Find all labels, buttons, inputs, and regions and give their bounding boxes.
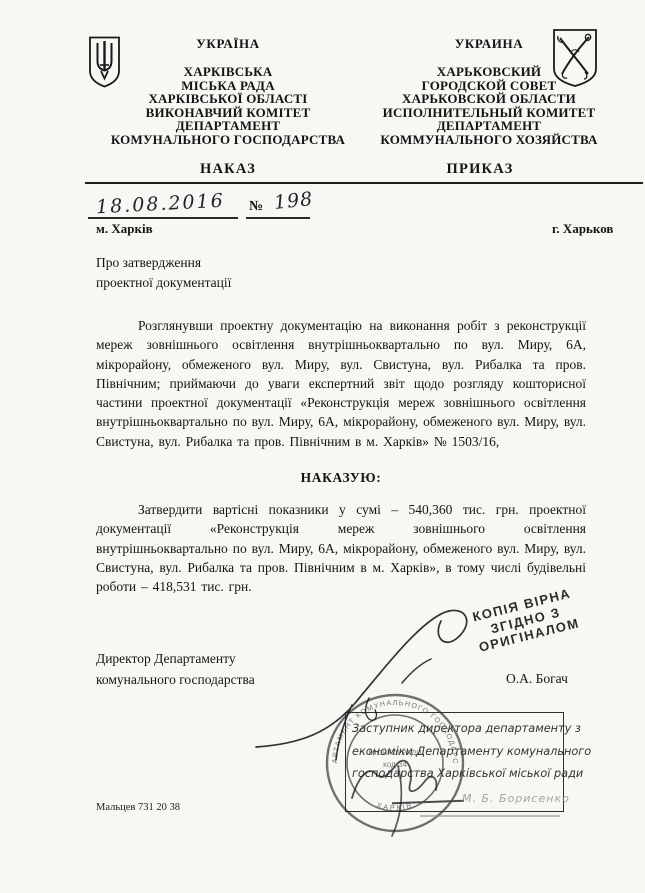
deputy-stamp-line-3: господарства Харківської міської ради [352, 763, 557, 786]
deputy-stamp-line-2: економіки Департаменту комунального [352, 741, 557, 764]
header-right-column: УКРАИНА ХАРЬКОВСКИЙ ГОРОДСКОЙ СОВЕТ ХАРЬ… [370, 36, 608, 147]
header-rule [85, 182, 643, 184]
subject-block: Про затвердження проектної документації [96, 253, 231, 293]
deputy-signer-name: М. Б. Борисенко [462, 792, 570, 805]
resolution-word: НАКАЗУЮ: [96, 470, 586, 486]
city-name-ua: м. Харків [96, 221, 153, 237]
order-title-ru: ПРИКАЗ [370, 161, 590, 178]
org-name-ua: ХАРКІВСЬКА МІСЬКА РАДА ХАРКІВСЬКОЇ ОБЛАС… [100, 65, 356, 147]
country-name-ua: УКРАЇНА [100, 36, 356, 52]
signatory-position: Директор Департаменту комунального госпо… [96, 649, 255, 690]
handwritten-order-number: 198 [273, 188, 314, 214]
body-paragraph-1: Розглянувши проектну документацію на вик… [96, 316, 586, 451]
city-name-ru: г. Харьков [552, 221, 613, 237]
signatory-position-line-2: комунального господарства [96, 670, 255, 691]
scanned-order-document: УКРАЇНА ХАРКІВСЬКА МІСЬКА РАДА ХАРКІВСЬК… [0, 0, 645, 893]
org-name-ru: ХАРЬКОВСКИЙ ГОРОДСКОЙ СОВЕТ ХАРЬКОВСКОЙ … [370, 65, 608, 147]
order-title-ua: НАКАЗ [100, 161, 356, 178]
executor-contact: Мальцев 731 20 38 [96, 802, 180, 813]
subject-line-2: проектної документації [96, 273, 231, 293]
deputy-stamp-line-1: Заступник директора департаменту з [352, 718, 557, 741]
subject-line-1: Про затвердження [96, 253, 231, 273]
body-paragraph-2: Затвердити вартісні показники у сумі – 5… [96, 500, 586, 596]
stamp-smudge-line [420, 815, 560, 817]
handwritten-date: 18.08.2016 [96, 190, 226, 219]
date-underline [88, 217, 238, 219]
deputy-stamp-text: Заступник директора департаменту з еконо… [352, 718, 557, 786]
signatory-position-line-1: Директор Департаменту [96, 649, 255, 670]
header-left-column: УКРАЇНА ХАРКІВСЬКА МІСЬКА РАДА ХАРКІВСЬК… [100, 36, 356, 147]
number-sign: № [249, 199, 263, 215]
number-underline [246, 217, 310, 219]
signatory-name: О.А. Богач [506, 671, 568, 687]
country-name-ru: УКРАИНА [370, 36, 608, 52]
